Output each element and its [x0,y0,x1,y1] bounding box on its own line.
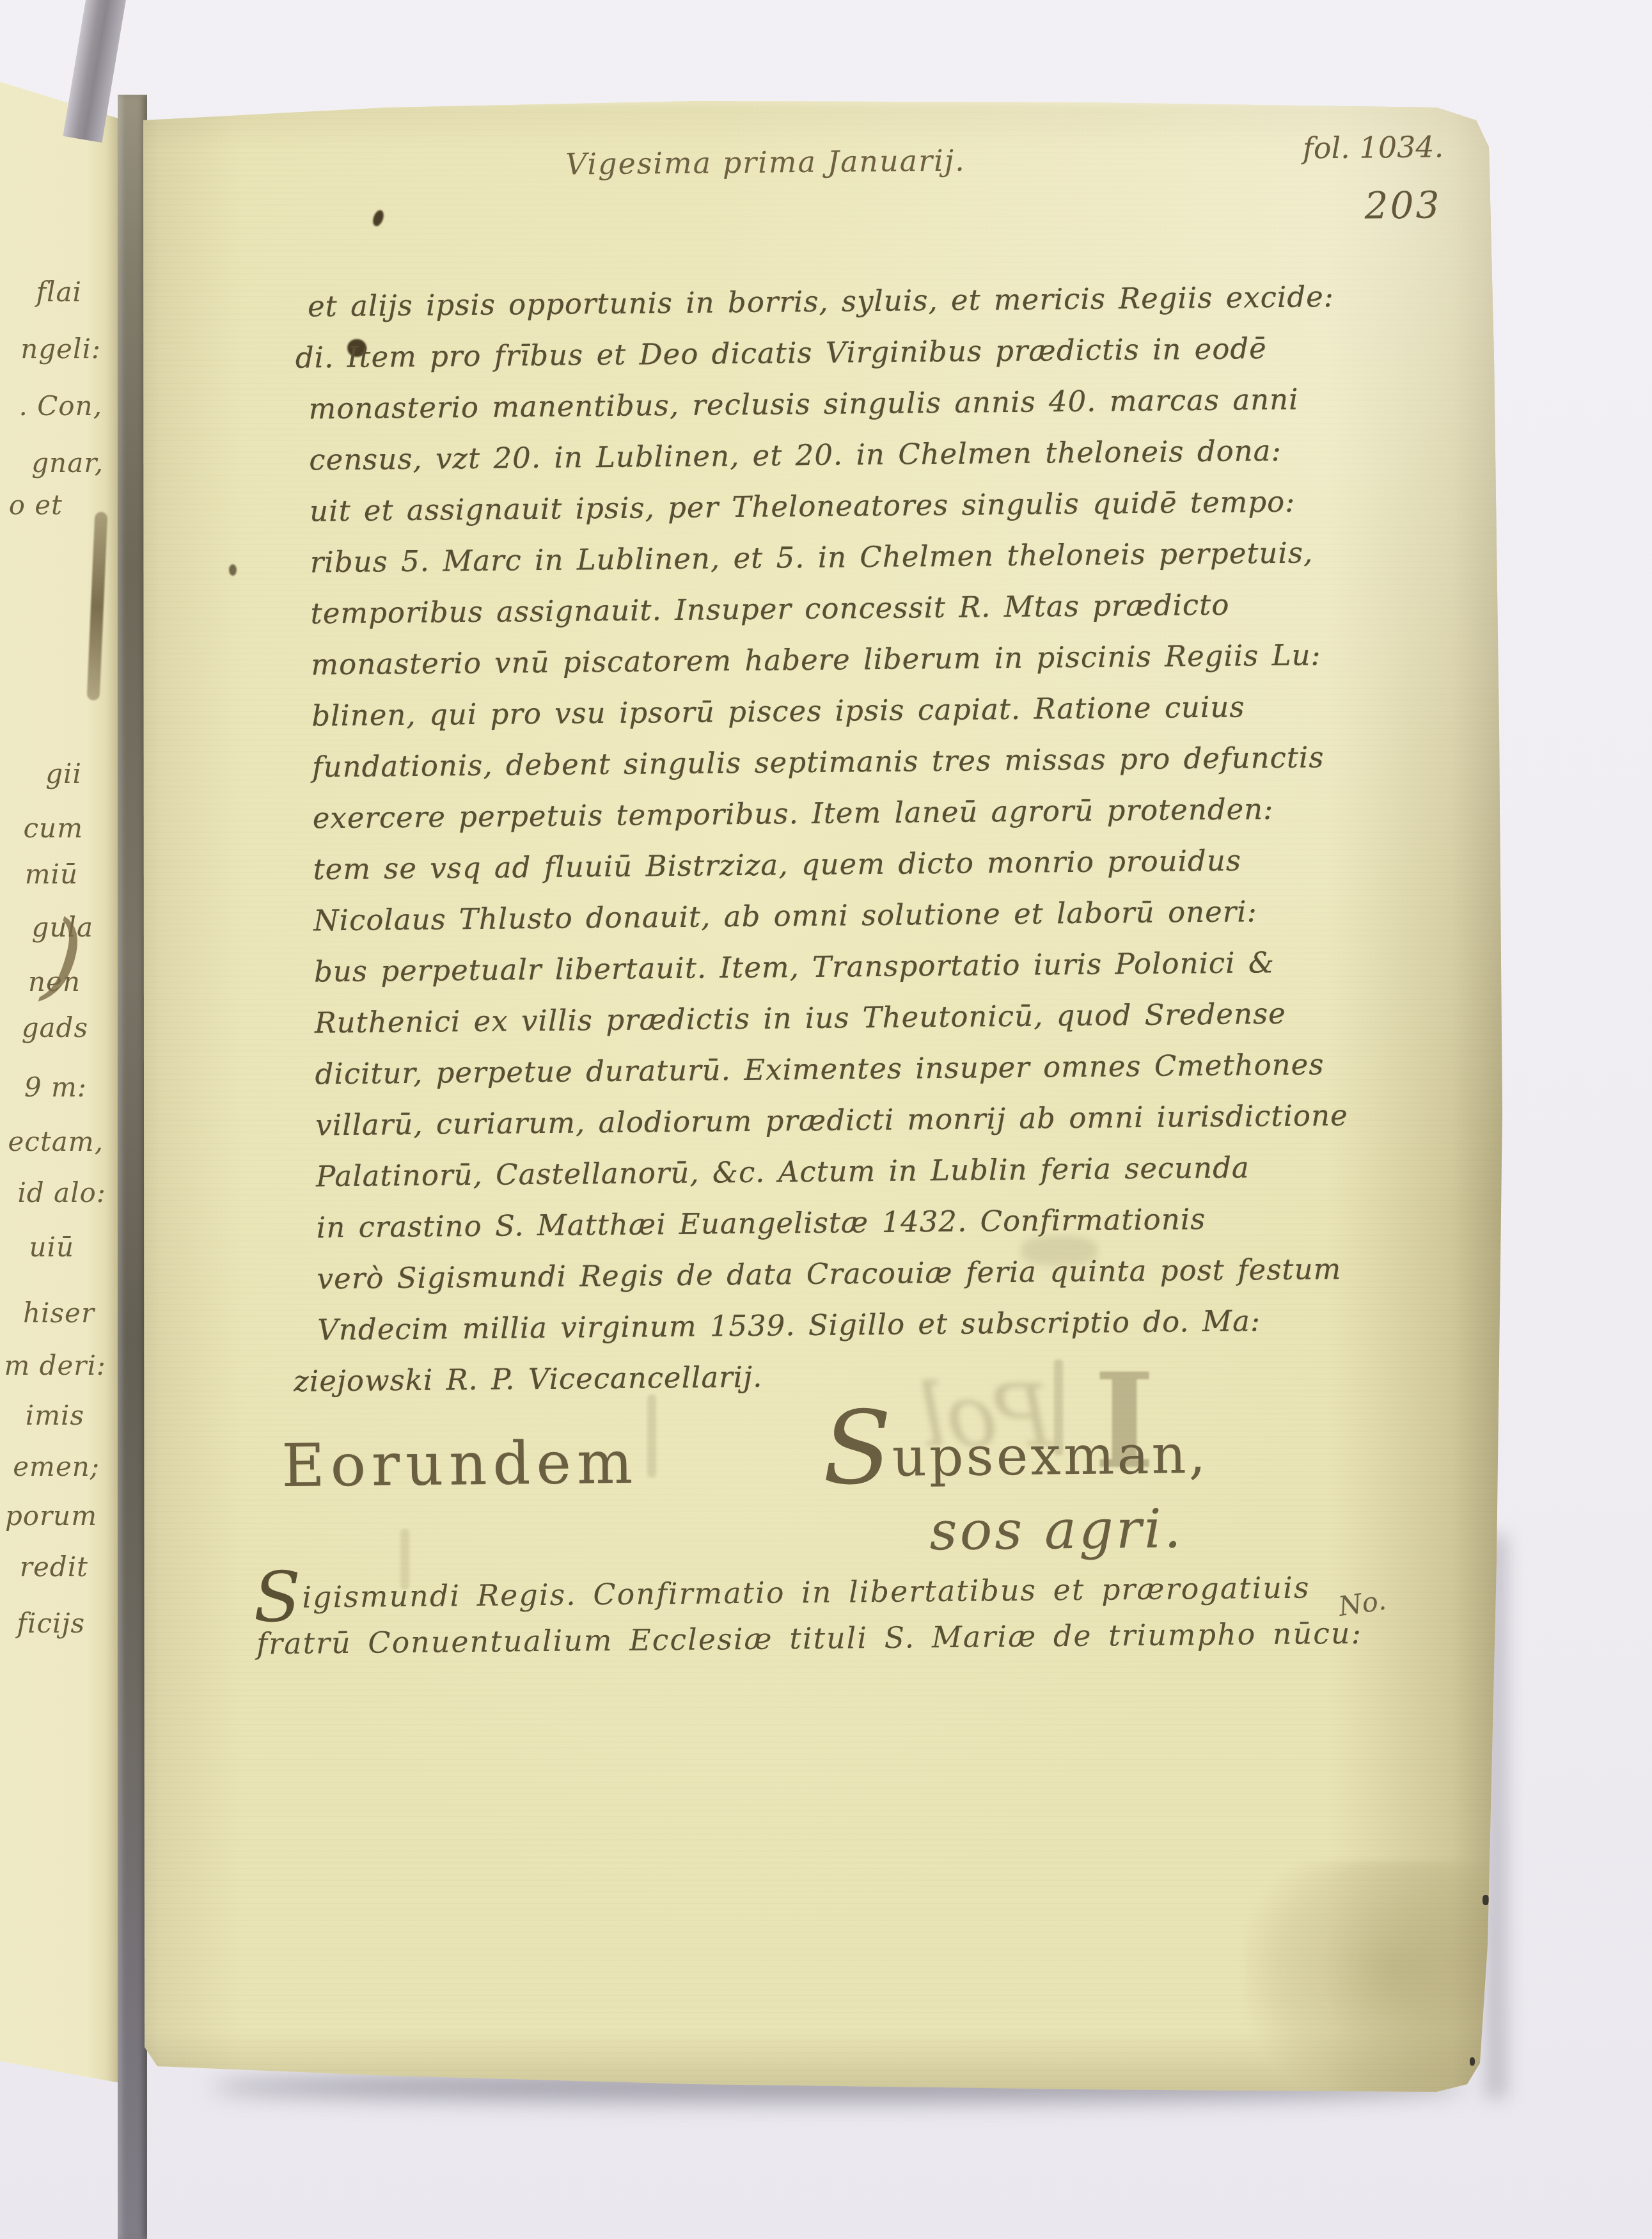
manuscript-line: villarū, curiarum, alodiorum prædicti mo… [315,1098,1348,1142]
facing-page-fragment: 9 m: [24,1072,87,1103]
manuscript-line: census, vzt 20. in Lublinen, et 20. in C… [309,434,1282,477]
heading-initial: S [822,1398,893,1499]
manuscript-page: I Pol Vigesima prima Januarij. fol. 1034… [119,90,1507,2111]
manuscript-line: ribus 5. Marc in Lublinen, et 5. in Chel… [310,535,1314,579]
manuscript-line: dicitur, perpetue duraturū. Eximentes in… [315,1047,1324,1091]
manuscript-line: Ruthenici ex villis prædictis in ius The… [315,997,1286,1040]
manuscript-line: Palatinorū, Castellanorū, &c. Actum in L… [316,1150,1250,1193]
margin-annotation: No. [1336,1584,1388,1622]
facing-page-fragment: gads [22,1012,88,1043]
facing-page-fragment: gnar, [31,447,104,479]
folio-number: fol. 1034. [1303,129,1444,165]
manuscript-line: verò Sigismundi Regis de data Cracouiæ f… [317,1252,1341,1295]
body-text-block: et alijs ipsis opportunis in borris, syl… [111,82,1499,95]
manuscript-line: Vndecim millia virginum 1539. Sigillo et… [317,1304,1261,1347]
page-number: 203 [1364,183,1441,227]
text-layer: Vigesima prima Januarij. fol. 1034. 203 … [111,82,1518,2117]
facing-page-fragment: ngeli: [20,333,101,365]
facing-page-fragment: uiū [29,1231,74,1263]
manuscript-line: temporibus assignauit. Insuper concessit… [310,588,1229,631]
heading-supsexman: S upsexman, [822,1395,1209,1499]
running-header: Vigesima prima Januarij. [565,143,966,182]
manuscript-line: tem se vsq ad fluuiū Bistrziza, quem dic… [313,843,1241,886]
book-gutter [118,95,147,2239]
facing-page-fragment: hiser [23,1297,95,1329]
manuscript-line: in crastino S. Matthæi Euangelistæ 1432.… [317,1202,1206,1244]
manuscript-line: uit et assignauit ipsis, per Theloneator… [310,485,1296,528]
ink-stroke [87,512,108,701]
entry-text: igismundi Regis. Confirmatio in libertat… [302,1554,1310,1615]
manuscript-line: exercere perpetuis temporibus. Item lane… [313,792,1274,835]
facing-page-fragment: ficijs [17,1608,85,1639]
heading-text: upsexman, [892,1395,1209,1489]
scanned-manuscript: flaingeli:. Con,gnar,o etgiicummiūgulane… [0,0,1652,2239]
facing-page-fragment: o et [9,489,63,521]
manuscript-line: ziejowski R. P. Vicecancellarij. [294,1360,763,1398]
facing-page-fragment: miū [25,858,78,890]
heading-eorundem: Eorundem [281,1428,639,1500]
facing-page-fragment: cum [24,812,83,844]
manuscript-line: monasterio vnū piscatorem habere liberum… [311,638,1321,681]
entry-initial: S [253,1563,301,1633]
facing-page-fragment: imis [26,1400,84,1431]
facing-page-fragment: porum [5,1500,97,1531]
facing-page-fragment: gii [45,758,82,789]
manuscript-line: fundationis, debent singulis septimanis … [312,740,1325,784]
manuscript-line: di. Item pro frībus et Deo dicatis Virgi… [295,331,1268,375]
manuscript-line: et alijs ipsis opportunis in borris, syl… [308,280,1334,323]
manuscript-line: monasterio manentibus, reclusis singulis… [308,383,1298,426]
facing-page-fragment: ectam, [8,1126,104,1157]
facing-page-fragment: redit [20,1551,88,1583]
facing-page-fragment: id alo: [17,1177,106,1208]
facing-page-fragment: flai [36,276,82,308]
manuscript-line: bus perpetualr libertauit. Item, Transpo… [314,945,1275,988]
facing-page-fragment: emen; [13,1451,100,1482]
manuscript-line: Nicolaus Thlusto donauit, ab omni soluti… [313,894,1257,937]
heading-sos-agri: sos agri. [929,1497,1184,1562]
facing-page-fragment: . Con, [19,390,102,422]
facing-page-fragment: m deri: [4,1350,106,1381]
manuscript-line: blinen, qui pro vsu ipsorū pisces ipsis … [311,690,1245,732]
facing-page-edge: flaingeli:. Con,gnar,o etgiicummiūgulane… [0,0,120,2239]
